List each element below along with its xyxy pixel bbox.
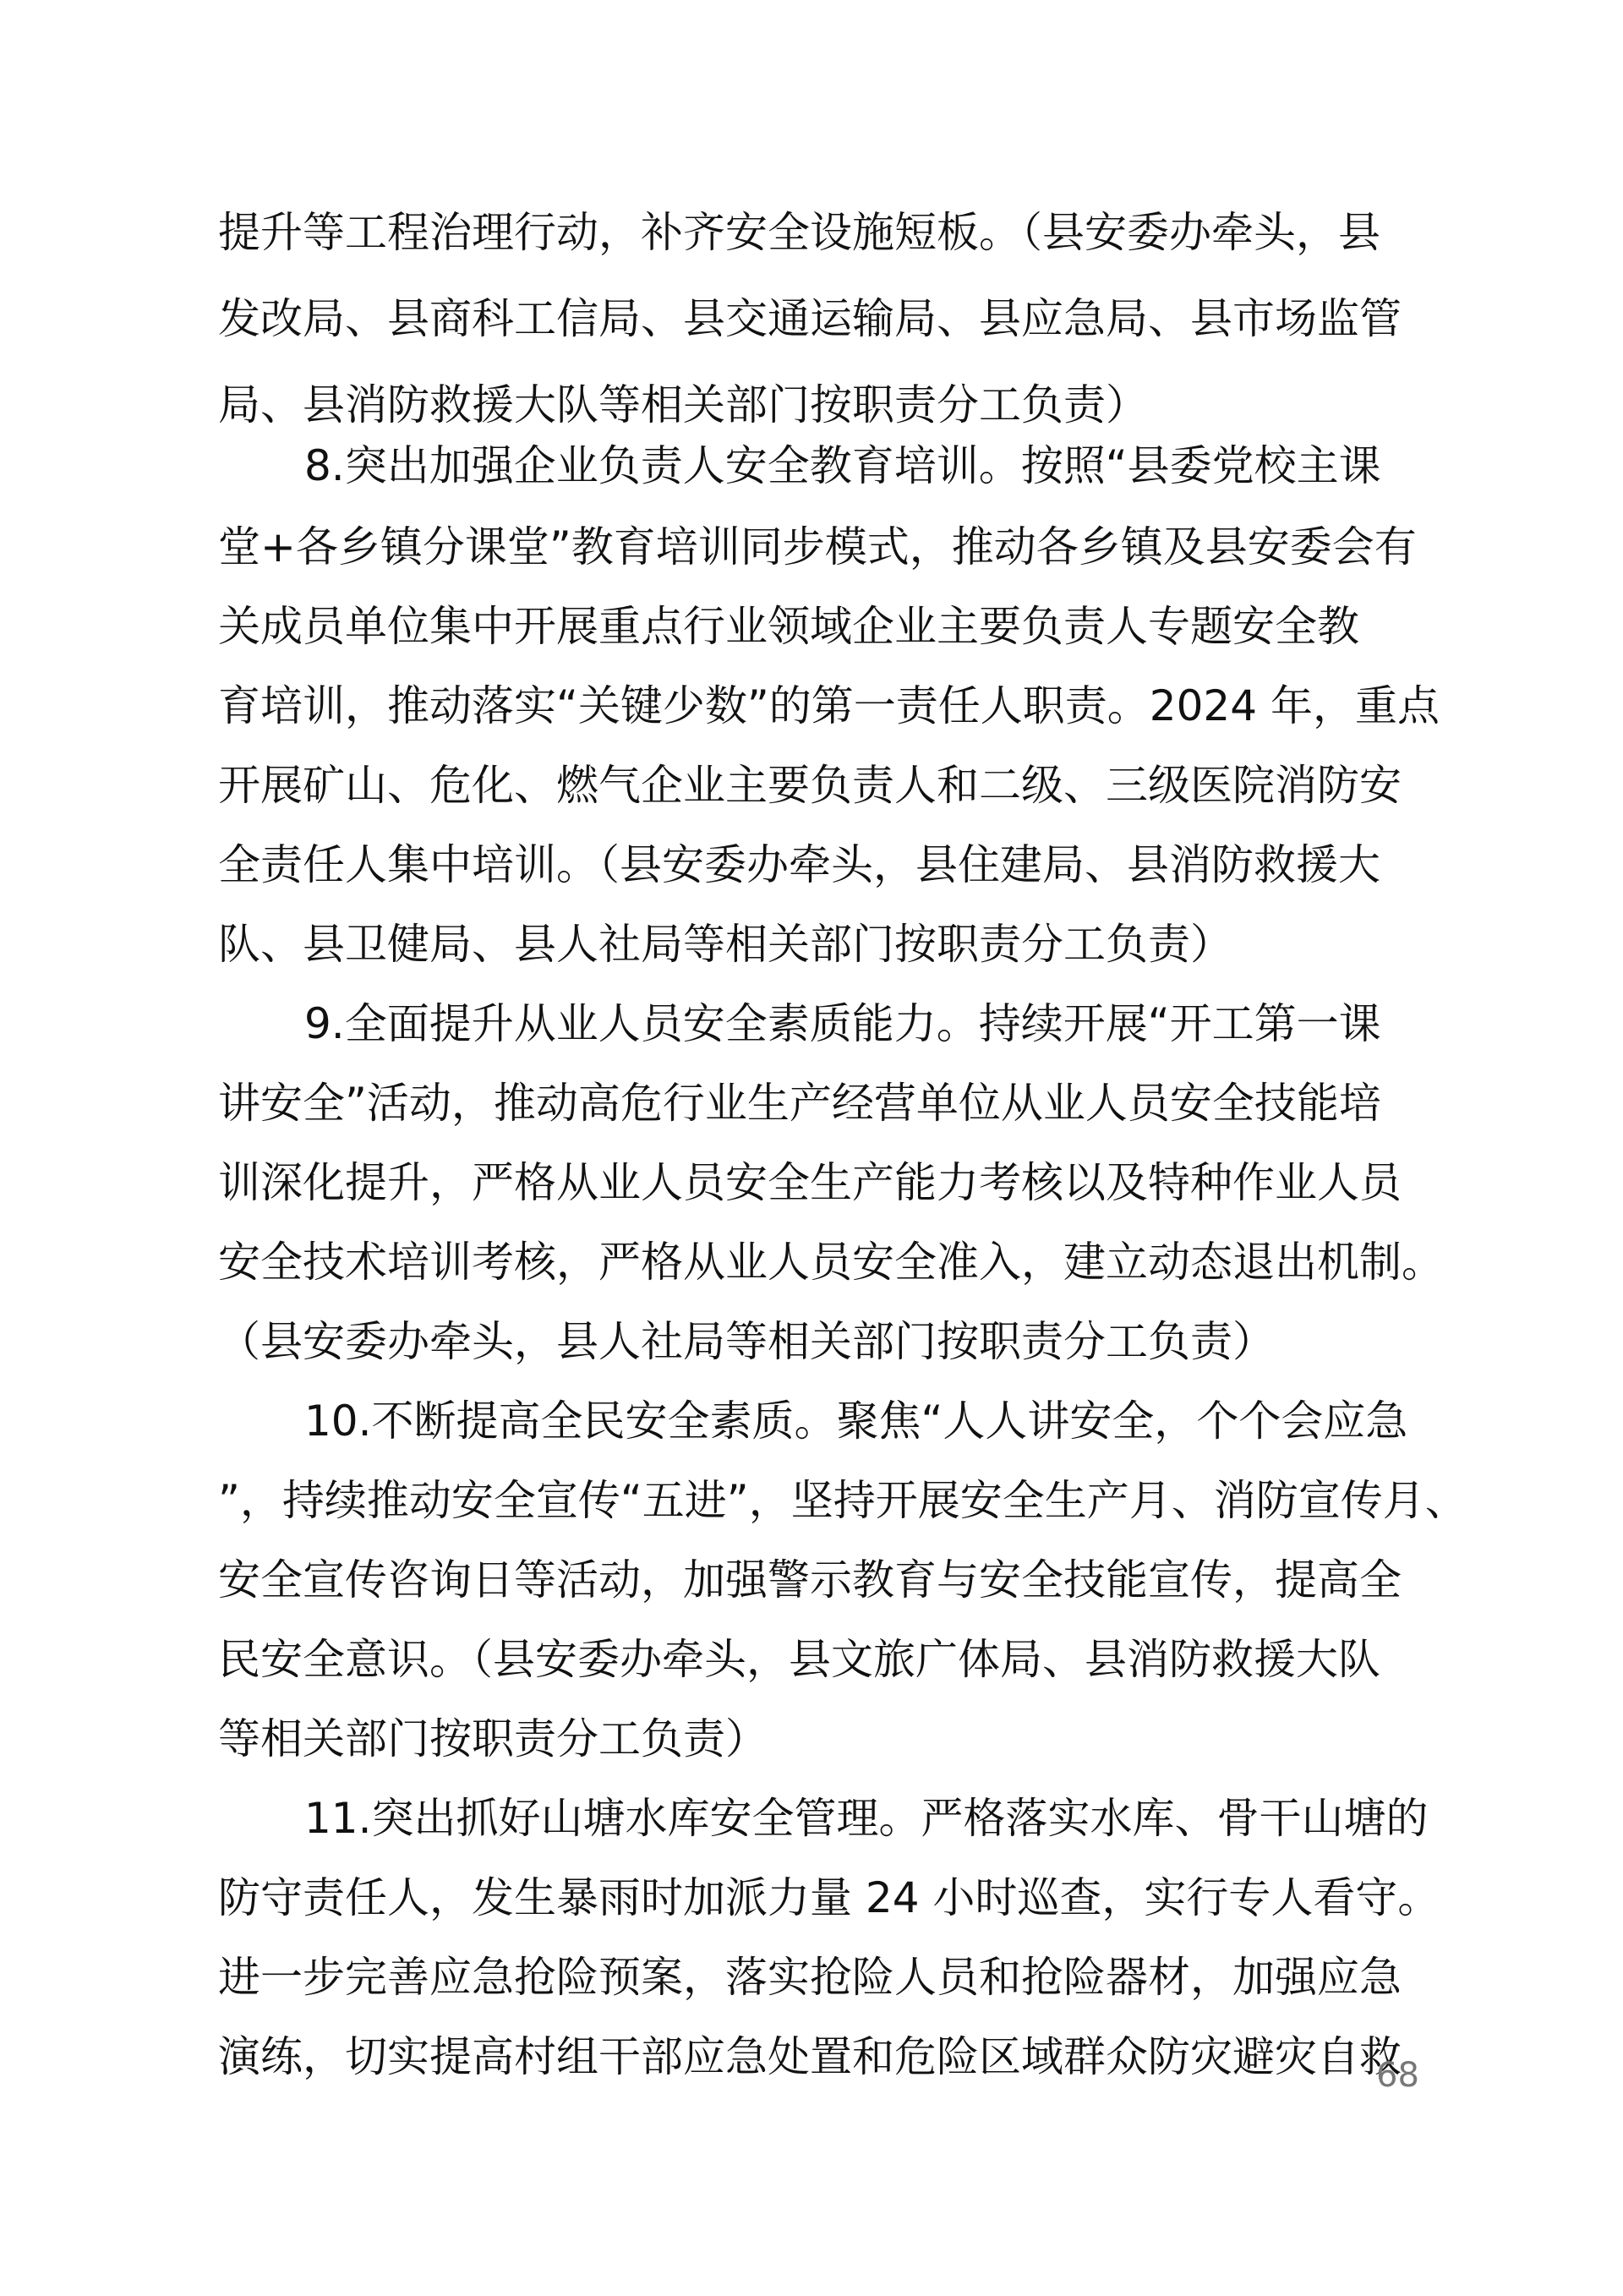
text-line: 民安全意识。（县安委办牵头，县文旅广体局、县消防救援大队 — [218, 1616, 1435, 1703]
text-line: （县安委办牵头，县人社局等相关部门按职责分工负责） — [218, 1298, 1435, 1385]
paragraph-heading-8: 8.突出加强企业负责人安全教育培训。按照“县委党校主课 — [304, 423, 1437, 509]
text-line: 防守责任人，发生暴雨时加派力量 24 小时巡查，实行专人看守。 — [218, 1855, 1435, 1941]
paragraph-heading-9: 9.全面提升从业人员安全素质能力。持续开展“开工第一课 — [304, 981, 1437, 1067]
document-page: 提升等工程治理行动，补齐安全设施短板。（县安委办牵头，县 发改局、县商科工信局、… — [0, 0, 1623, 2296]
text-line: 安全技术培训考核，严格从业人员安全准入，建立动态退出机制。 — [218, 1219, 1435, 1305]
text-line: 等相关部门按职责分工负责） — [218, 1696, 1435, 1782]
text-line: 进一步完善应急抢险预案，落实抢险人员和抢险器材，加强应急 — [218, 1934, 1435, 2020]
page-number: 68 — [1376, 2056, 1419, 2095]
paragraph-heading-10: 10.不断提高全民安全素质。聚焦“人人讲安全，个个会应急 — [304, 1378, 1437, 1464]
text-line: 队、县卫健局、县人社局等相关部门按职责分工负责） — [218, 901, 1435, 987]
text-line: 讲安全”活动，推动高危行业生产经营单位从业人员安全技能培 — [218, 1060, 1435, 1146]
text-line: 堂+各乡镇分课堂”教育培训同步模式，推动各乡镇及县安委会有 — [218, 504, 1435, 590]
text-line: 育培训，推动落实“关键少数”的第一责任人职责。2024 年，重点 — [218, 663, 1435, 749]
text-line: 关成员单位集中开展重点行业领域企业主要负责人专题安全教 — [218, 583, 1435, 670]
text-line: 发改局、县商科工信局、县交通运输局、县应急局、县市场监管 — [218, 276, 1435, 362]
text-line: 训深化提升，严格从业人员安全生产能力考核以及特种作业人员 — [218, 1140, 1435, 1226]
text-line: 安全宣传咨询日等活动，加强警示教育与安全技能宣传，提高全 — [218, 1537, 1435, 1623]
text-line: 全责任人集中培训。（县安委办牵头，县住建局、县消防救援大 — [218, 822, 1435, 908]
paragraph-heading-11: 11.突出抓好山塘水库安全管理。严格落实水库、骨干山塘的 — [304, 1775, 1437, 1861]
text-line: 开展矿山、危化、燃气企业主要负责人和二级、三级医院消防安 — [218, 742, 1435, 828]
text-line: ”，持续推动安全宣传“五进”，坚持开展安全生产月、消防宣传月、 — [218, 1457, 1435, 1544]
text-line: 提升等工程治理行动，补齐安全设施短板。（县安委办牵头，县 — [218, 189, 1435, 276]
text-line: 演练，切实提高村组干部应急处置和危险区域群众防灾避灾自救 — [218, 2014, 1435, 2100]
